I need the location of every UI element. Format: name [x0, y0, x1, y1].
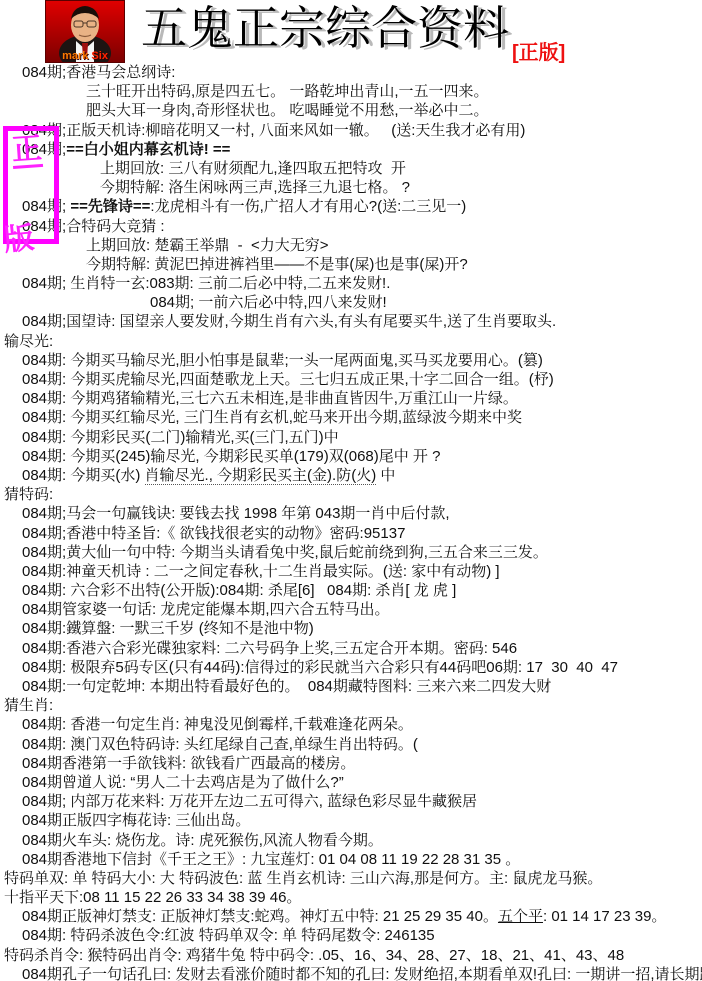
text-line: 084期:神童天机诗 : 二一之间定春秋,十二生肖最实际。(送: 家中有动物) … — [0, 562, 702, 581]
text-line: 084期: 今期买马输尽光,胆小怕事是鼠辈;一头一尾两面鬼,买马买龙要用心。(篡… — [0, 351, 702, 370]
text-line: 输尽光: — [0, 332, 702, 351]
text-segment: 084期: 特码杀波色令:红波 特码单双令: 单 特码尾数令: 246135 — [22, 927, 435, 944]
text-line: 084期:一句定乾坤: 本期出特看最好色的。 084期藏特图料: 三来六来二四发… — [0, 677, 702, 696]
photo-caption-mark: mark — [62, 50, 88, 62]
text-line: 084期;香港中特圣旨:《 欲钱找很老实的动物》密码:95137 — [0, 524, 702, 543]
text-segment: 肖输尽光., 今期彩民买主(金).防(火) — [145, 467, 377, 485]
text-segment: 084期: 今期买马输尽光,胆小怕事是鼠辈;一头一尾两面鬼,买马买龙要用心。(篡… — [22, 352, 543, 369]
text-line: 084期: 澳门双色特码诗: 头红尾绿自己查,单绿生肖出特码。( — [0, 735, 702, 754]
text-line: 084期;香港马会总纲诗: — [0, 63, 702, 82]
text-segment: 084期:鐵算盤: 一默三千岁 (终知不是池中物) — [22, 620, 314, 637]
text-segment: 084期: 今期彩民买(二门)输精光,买(三门,五门)中 — [22, 429, 339, 446]
text-line: 084期: 今期买(水) 肖输尽光., 今期彩民买主(金).防(火) 中 — [0, 466, 702, 485]
text-line: 084期管家婆一句话: 龙虎定能爆本期,四六合五特马出。 — [0, 600, 702, 619]
text-segment: 084期: 今期买(245)输尽光, 今期彩民买单(179)双(068)尾中 开… — [22, 448, 440, 465]
text-line: 084期: 香港一句定生肖: 神鬼没见倒霉样,千载难逢花两朵。 — [0, 715, 702, 734]
page-title: 五鬼正宗综合资料 — [141, 1, 509, 57]
text-segment: 084期管家婆一句话: 龙虎定能爆本期,四六合五特马出。 — [22, 601, 390, 618]
text-line: 今期特解: 黄泥巴掉进裤裆里——不是事(屎)也是事(屎)开? — [0, 255, 702, 274]
text-segment: 084期;香港马会总纲诗: — [22, 64, 175, 81]
text-line: 猜生肖: — [0, 696, 702, 715]
text-line: 084期香港第一手欲钱料: 欲钱看广西最高的楼房。 — [0, 754, 702, 773]
text-line: 084期;==白小姐内幕玄机诗! == — [0, 140, 702, 159]
text-line: 084期;马会一句赢钱诀: 要钱去找 1998 年第 043期一肖中后付款, — [0, 504, 702, 523]
text-line: 084期; 内部万花来料: 万花开左边二五可得六, 蓝绿色彩尽显牛藏猴居 — [0, 792, 702, 811]
text-segment: 今期特解: 黄泥巴掉进裤裆里——不是事(屎)也是事(屎)开? — [86, 256, 468, 273]
text-line: 猜特码: — [0, 485, 702, 504]
text-segment: 084期;正版天机诗:柳暗花明又一村, 八面来风如一辙。 (送:天生我才必有用) — [22, 122, 525, 139]
text-line: 上期回放: 三八有财须配九,逢四取五把特攻 开 — [0, 159, 702, 178]
text-segment: 上期回放: 楚霸王举鼎 - <力大无穷> — [86, 237, 329, 254]
text-segment: 084期香港第一手欲钱料: 欲钱看广西最高的楼房。 — [22, 755, 355, 772]
text-line: 三十旺开出特码,原是四五七。 一路乾坤出青山,一五一四来。 — [0, 82, 702, 101]
text-segment: 084期;马会一句赢钱诀: 要钱去找 1998 年第 043期一肖中后付款, — [22, 505, 450, 522]
text-line: 084期: 今期买虎输尽光,四面楚歌龙上天。三七归五成正果,十字二回合一组。(杼… — [0, 370, 702, 389]
photo-caption-six: Six — [91, 50, 108, 62]
text-segment: 084期; 生肖特一玄:083期: 三前二后必中特,二五来发财!. — [22, 275, 390, 292]
stamp-char-ban: 版 — [3, 224, 36, 257]
text-segment: :龙虎相斗有一伤,广招人才有用心?(送:二三见一) — [150, 198, 466, 215]
text-segment: 084期: 今期买虎输尽光,四面楚歌龙上天。三七归五成正果,十字二回合一组。(杼… — [22, 371, 554, 388]
text-segment: 084期香港地下信封《千王之王》: 九宝莲灯: 01 04 08 11 19 2… — [22, 851, 520, 868]
text-segment: 今期特解: 洛生闲咏两三声,选择三九退七格。 ? — [100, 179, 410, 196]
text-segment: 084期;黄大仙一句中特: 今期当头请看兔中奖,鼠后蛇前绕到狗,三五合来三三发。 — [22, 544, 548, 561]
text-line: 084期: 今期买(245)输尽光, 今期彩民买单(179)双(068)尾中 开… — [0, 447, 702, 466]
text-line: 084期:香港六合彩光碟独家料: 二六号码争上奖,三五定合开本期。密码: 546 — [0, 639, 702, 658]
text-segment: 084期: 澳门双色特码诗: 头红尾绿自己查,单绿生肖出特码。( — [22, 736, 418, 753]
text-line: 十指平天下:08 11 15 22 26 33 34 38 39 46。 — [0, 888, 702, 907]
text-segment: 084期;国望诗: 国望亲人要发财,今期生肖有六头,有头有尾要买牛,送了生肖要取… — [22, 313, 556, 330]
text-segment: 084期火车头: 烧伤龙。诗: 虎死猴伤,风流人物看今期。 — [22, 832, 383, 849]
text-line: 084期;国望诗: 国望亲人要发财,今期生肖有六头,有头有尾要买牛,送了生肖要取… — [0, 312, 702, 331]
text-segment: 084期; 一前六后必中特,四八来发财! — [150, 294, 387, 311]
authentic-badge: [正版] — [512, 36, 565, 65]
authentic-stamp: 正 版 — [3, 126, 59, 244]
text-line: 084期; ==先锋诗==:龙虎相斗有一伤,广招人才有用心?(送:二三见一) — [0, 197, 702, 216]
text-segment: 十指平天下:08 11 15 22 26 33 34 38 39 46。 — [4, 889, 301, 906]
text-line: 084期; 生肖特一玄:083期: 三前二后必中特,二五来发财!. — [0, 274, 702, 293]
text-line: 084期;合特码大竞猜 : — [0, 217, 702, 236]
text-segment: 084期: 香港一句定生肖: 神鬼没见倒霉样,千载难逢花两朵。 — [22, 716, 413, 733]
text-segment: 特码单双: 单 特码大小: 大 特码波色: 蓝 生肖玄机诗: 三山六海,那是何方… — [4, 870, 602, 887]
text-segment: 084期:神童天机诗 : 二一之间定春秋,十二生肖最实际。(送: 家中有动物) … — [22, 563, 500, 580]
text-segment: 084期曾道人说: “男人二十去鸡店是为了做什么?” — [22, 774, 344, 791]
text-line: 084期: 极限弃5码专区(只有44码):信得过的彩民就当六合彩只有44码吧06… — [0, 658, 702, 677]
photo-caption: mark Six — [46, 51, 124, 62]
text-line: 084期孔子一句话孔曰: 发财去看涨价随时都不知的孔曰: 发财绝招,本期看单双!… — [0, 965, 702, 981]
text-segment: 084期: 今期买(水) — [22, 467, 145, 484]
text-segment: 084期孔子一句话孔曰: 发财去看涨价随时都不知的孔曰: 发财绝招,本期看单双!… — [22, 966, 702, 981]
text-segment: 三十旺开出特码,原是四五七。 一路乾坤出青山,一五一四来。 — [86, 83, 489, 100]
text-segment: 五个平 — [498, 908, 543, 925]
text-line: 084期: 六合彩不出特(公开版):084期: 杀尾[6] 084期: 杀肖[ … — [0, 581, 702, 600]
text-segment: 猜生肖: — [4, 697, 53, 714]
content-lines: 084期;香港马会总纲诗:三十旺开出特码,原是四五七。 一路乾坤出青山,一五一四… — [0, 63, 702, 981]
text-segment: 上期回放: 三八有财须配九,逢四取五把特攻 开 — [100, 160, 406, 177]
text-segment: 肥头大耳一身肉,奇形怪状也。 吃喝睡觉不用愁,一举必中二。 — [86, 102, 489, 119]
text-segment: 084期;香港中特圣旨:《 欲钱找很老实的动物》密码:95137 — [22, 525, 405, 542]
text-line: 084期曾道人说: “男人二十去鸡店是为了做什么?” — [0, 773, 702, 792]
text-segment: 084期: 极限弃5码专区(只有44码):信得过的彩民就当六合彩只有44码吧06… — [22, 659, 618, 676]
text-segment: 084期:香港六合彩光碟独家料: 二六号码争上奖,三五定合开本期。密码: 546 — [22, 640, 517, 657]
text-segment: ==白小姐内幕玄机诗! == — [66, 141, 230, 158]
text-line: 084期火车头: 烧伤龙。诗: 虎死猴伤,风流人物看今期。 — [0, 831, 702, 850]
text-line: 084期;黄大仙一句中特: 今期当头请看兔中奖,鼠后蛇前绕到狗,三五合来三三发。 — [0, 543, 702, 562]
stamp-char-zheng: 正 — [11, 134, 43, 169]
text-segment: 084期: 六合彩不出特(公开版):084期: 杀尾[6] 084期: 杀肖[ … — [22, 582, 456, 599]
text-line: 上期回放: 楚霸王举鼎 - <力大无穷> — [0, 236, 702, 255]
text-line: 084期: 今期鸡猪输精光,三七六五未相连,是非曲直皆因牛,万重江山一片绿。 — [0, 389, 702, 408]
text-line: 084期;正版天机诗:柳暗花明又一村, 八面来风如一辙。 (送:天生我才必有用) — [0, 121, 702, 140]
text-line: 084期:鐵算盤: 一默三千岁 (终知不是池中物) — [0, 619, 702, 638]
text-segment: 中 — [376, 467, 395, 484]
text-line: 特码杀肖令: 猴特码出肖令: 鸡猪牛兔 特中码令: .05、16、34、28、2… — [0, 946, 702, 965]
text-segment: ==先锋诗== — [70, 198, 150, 215]
text-segment: 猜特码: — [4, 486, 53, 503]
text-segment: : 01 14 17 23 39。 — [543, 908, 666, 925]
text-line: 肥头大耳一身肉,奇形怪状也。 吃喝睡觉不用愁,一举必中二。 — [0, 101, 702, 120]
text-segment: 特码杀肖令: 猴特码出肖令: 鸡猪牛兔 特中码令: .05、16、34、28、2… — [4, 947, 624, 964]
text-line: 084期: 今期彩民买(二门)输精光,买(三门,五门)中 — [0, 428, 702, 447]
text-line: 今期特解: 洛生闲咏两三声,选择三九退七格。 ? — [0, 178, 702, 197]
author-photo: mark Six — [45, 0, 125, 63]
text-line: 084期正版神灯禁支: 正版神灯禁支:蛇鸡。神灯五中特: 21 25 29 35… — [0, 907, 702, 926]
text-segment: 084期: 今期买红输尽光, 三门生肖有玄机,蛇马来开出今期,蓝绿波今期来中奖 — [22, 409, 522, 426]
text-segment: 084期正版四字梅花诗: 三仙出岛。 — [22, 812, 250, 829]
page-header: mark Six 五鬼正宗综合资料 [正版] — [0, 0, 702, 66]
text-line: 特码单双: 单 特码大小: 大 特码波色: 蓝 生肖玄机诗: 三山六海,那是何方… — [0, 869, 702, 888]
text-segment: 084期:一句定乾坤: 本期出特看最好色的。 084期藏特图料: 三来六来二四发… — [22, 678, 551, 695]
text-segment: 084期: 今期鸡猪输精光,三七六五未相连,是非曲直皆因牛,万重江山一片绿。 — [22, 390, 518, 407]
text-line: 084期正版四字梅花诗: 三仙出岛。 — [0, 811, 702, 830]
text-segment: 084期正版神灯禁支: 正版神灯禁支:蛇鸡。神灯五中特: 21 25 29 35… — [22, 908, 498, 925]
text-segment: 输尽光: — [4, 333, 53, 350]
text-line: 084期香港地下信封《千王之王》: 九宝莲灯: 01 04 08 11 19 2… — [0, 850, 702, 869]
text-line: 084期; 一前六后必中特,四八来发财! — [0, 293, 702, 312]
text-line: 084期: 特码杀波色令:红波 特码单双令: 单 特码尾数令: 246135 — [0, 926, 702, 945]
text-segment: 084期; 内部万花来料: 万花开左边二五可得六, 蓝绿色彩尽显牛藏猴居 — [22, 793, 477, 810]
text-line: 084期: 今期买红输尽光, 三门生肖有玄机,蛇马来开出今期,蓝绿波今期来中奖 — [0, 408, 702, 427]
